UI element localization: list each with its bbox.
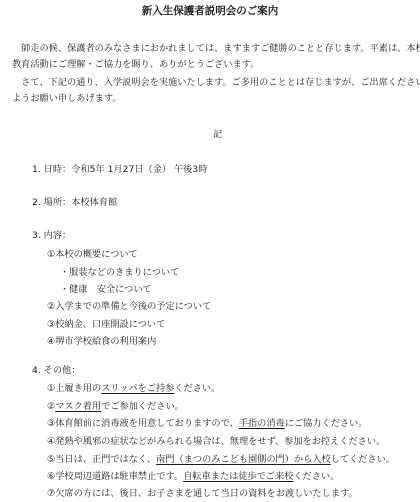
other-item: ⑦欠席の方には、後日、お子さまを通して当日の資料をお渡しいたします。: [47, 489, 358, 498]
intro-line-1: 師走の候、保護者のみなさまにおかれましては、ますますご健勝のことと存じます。平素…: [12, 44, 420, 53]
other-item: ①上履き用のスリッパをご持参ください。: [47, 384, 220, 393]
other-item: ②マスク着用でご参加ください。: [47, 402, 184, 411]
item-other-heading: 4. その他：: [32, 366, 80, 375]
content-item: ④堺市学校給食の利用案内: [47, 337, 156, 346]
other-item: ⑤当日は、正門ではなく、南門（まつのみこども園側の門）から入校してください。: [47, 455, 395, 464]
content-item: ①本校の概要について: [47, 250, 138, 259]
other-item: ④発熱や風邪の症状などがみられる場合は、無理をせず、参加をお控えください。: [47, 437, 385, 446]
ki-heading: 記: [213, 130, 222, 139]
other-item: ③体育館前に消毒液を用意しておりますので、手指の消毒にご協力ください。: [47, 419, 367, 428]
item-content-heading: 3. 内容：: [32, 231, 71, 240]
item-datetime: 1. 日時：令和5年 1月27日（金） 午後3時: [32, 165, 207, 174]
content-item: ②入学までの準備と今後の予定について: [47, 302, 211, 311]
item-place: 2. 場所：本校体育館: [32, 198, 117, 207]
other-item: ⑥学校周辺道路は駐車禁止です。自転車または徒歩でご来校ください。: [47, 472, 339, 481]
content-subitem: ・健康 安全について: [60, 285, 152, 294]
content-subitem: ・服装などのきまりについて: [60, 268, 179, 277]
intro-line-3: さて、下記の通り、入学説明会を実施いたします。ご多用のこととは存じますが、ご出席…: [12, 78, 420, 87]
document-title: 新入生保護者説明会のご案内: [0, 6, 420, 17]
content-item: ③校納金、口座開設について: [47, 320, 165, 329]
intro-line-4: ようお願い申しあげます。: [12, 94, 122, 103]
intro-line-2: 教育活動にご理解・ご協力を賜り、ありがとうございます。: [12, 60, 259, 69]
